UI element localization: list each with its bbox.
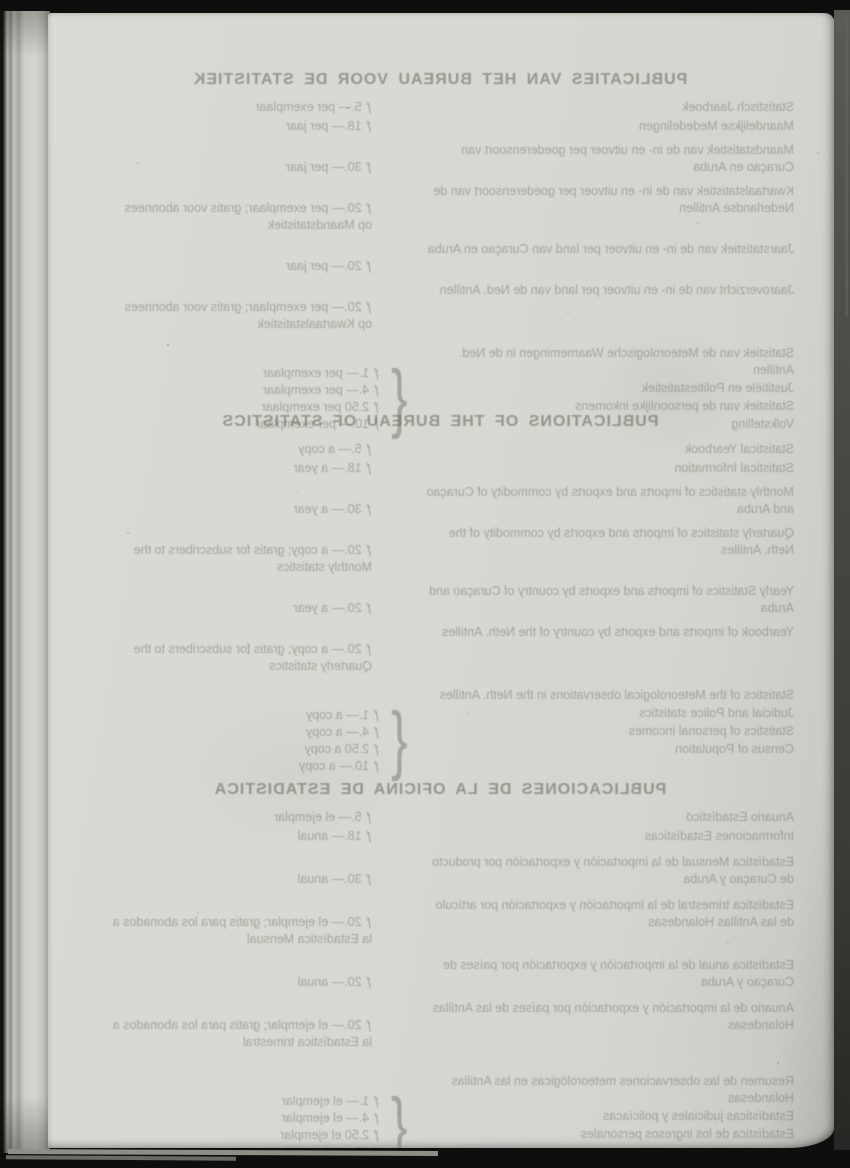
publication-price: ƒ 5.— per exemplaar (110, 99, 372, 116)
publication-price: ƒ 18.— a year (110, 460, 372, 477)
publication-row: Monthly statistics of imports and export… (86, 484, 794, 518)
publication-price: ƒ 4.— a copy (299, 724, 380, 741)
publication-item: Yearly Statistics of imports and exports… (408, 583, 794, 617)
publication-item: Jaaroverzicht van de in- en uitvoer per … (408, 282, 794, 333)
publication-price: ƒ 20.— anual (110, 974, 372, 991)
publication-group-prices: {ƒ 1.— a copyƒ 4.— a copyƒ 2.50 a copyƒ … (299, 705, 412, 775)
publication-price: ƒ 5.— a copy (110, 441, 372, 458)
price-brace-glyph: { (391, 1091, 408, 1148)
publication-row: Maandelijkse Mededelingenƒ 18.— per jaar (86, 118, 794, 135)
publication-item: Census of Population (422, 741, 794, 758)
publication-item: Kwartaalstatistiek van de in- en uitvoer… (408, 183, 794, 234)
publications-section: PUBLICACIONES DE LA OFICINA DE ESTADISTI… (86, 781, 794, 1148)
publication-price: ƒ 20.— a copy; gratis for subscribers to… (110, 542, 372, 576)
publication-group-items: Statistics of the Meteorological observa… (408, 687, 794, 775)
publication-price: ƒ 20.— per exemplaar; gratis voor abonne… (110, 200, 372, 234)
publication-price: ƒ 4.— per exemplaar (256, 382, 380, 399)
publication-row: Anuario Estadísticoƒ 5.— el ejemplar (86, 809, 794, 826)
publication-row: Statistical Informationƒ 18.— a year (86, 460, 794, 477)
publication-price: ƒ 10.— a copy (299, 758, 380, 775)
publication-row: Estadística Mensual de la importación y … (86, 854, 794, 888)
publication-price: ƒ 10.— el ejemplar (275, 1144, 380, 1148)
publication-row: Statistical Yearbookƒ 5.— a copy (86, 441, 794, 458)
publication-group-row: Statistics of the Meteorological observa… (86, 687, 794, 775)
publications-section: PUBLICATIONS OF THE BUREAU OF STATISTICS… (86, 413, 794, 775)
publication-row: Estadística trimestral de la importación… (86, 897, 794, 948)
publication-item: Statistiek van de Meteorologische Waarne… (422, 345, 794, 379)
publication-price: ƒ 30.— a year (110, 501, 372, 518)
publication-row: Kwartaalstatistiek van de in- en uitvoer… (86, 183, 794, 234)
publication-item: Statistics of the Meteorological observa… (422, 687, 794, 704)
publication-group-price-lines: ƒ 1.— el ejemplarƒ 4.— el ejemplarƒ 2.50… (275, 1091, 380, 1148)
publication-price: ƒ 20.— el ejemplar; gratis para los abon… (110, 1017, 372, 1051)
publication-group-row: Resumen de las observaciones meteorológi… (86, 1073, 794, 1148)
publication-row: Maandstatistiek van de in- en uitvoer pe… (86, 142, 794, 176)
publication-row: Yearly Statistics of imports and exports… (86, 583, 794, 617)
publication-item: Statistical Information (408, 460, 794, 477)
publication-item: Estadísticas judiciales y policíacas (422, 1108, 794, 1125)
publication-price: ƒ 18.— anual (110, 828, 372, 845)
publication-item: Monthly statistics of imports and export… (408, 484, 794, 518)
publication-row: Yearbook of imports and exports by count… (86, 624, 794, 675)
scanned-book-page: PUBLICATIES VAN HET BUREAU VOOR DE STATI… (0, 0, 850, 1168)
blank-paper-page: PUBLICATIES VAN HET BUREAU VOOR DE STATI… (48, 13, 834, 1148)
publication-price: ƒ 1.— per exemplaar (256, 365, 380, 382)
section-title: PUBLICATIONS OF THE BUREAU OF STATISTICS (86, 413, 794, 430)
publication-row: Statistisch Jaarboekƒ 5.— per exemplaar (86, 99, 794, 116)
publication-price: ƒ 2.50 a copy (299, 741, 380, 758)
book-gutter-page-edges (0, 11, 50, 1153)
publication-row: Estadística anual de la importación y ex… (86, 957, 794, 991)
publication-price: ƒ 2.50 el ejemplar (275, 1127, 380, 1144)
price-brace-glyph: { (391, 705, 408, 775)
publication-price: ƒ 5.— el ejemplar (110, 809, 372, 826)
publication-row: Informaciones Estadísticasƒ 18.— anual (86, 828, 794, 845)
publication-item: Anuario de la importación y exportación … (408, 1000, 794, 1051)
publication-item: Statistical Yearbook (408, 441, 794, 458)
publication-price: ƒ 30.— per jaar (110, 159, 372, 176)
publication-price: ƒ 4.— el ejemplar (275, 1110, 380, 1127)
publication-item: Jaarstatistiek van de in- en uitvoer per… (408, 241, 794, 275)
publication-group-prices: {ƒ 1.— el ejemplarƒ 4.— el ejemplarƒ 2.5… (275, 1091, 412, 1148)
publication-item: Anuario Estadístico (408, 809, 794, 826)
publication-group-price-lines: ƒ 1.— a copyƒ 4.— a copyƒ 2.50 a copyƒ 1… (299, 705, 380, 775)
bottom-page-edge (6, 1155, 236, 1161)
section-title: PUBLICACIONES DE LA OFICINA DE ESTADISTI… (86, 781, 794, 798)
publication-row: Jaarstatistiek van de in- en uitvoer per… (86, 241, 794, 275)
publication-row: Anuario de la importación y exportación … (86, 1000, 794, 1051)
publication-group-items: Resumen de las observaciones meteorológi… (408, 1073, 794, 1148)
publication-price: ƒ 20.— per jaar (110, 258, 372, 275)
publication-row: Jaaroverzicht van de in- en uitvoer per … (86, 282, 794, 333)
publication-price: ƒ 20.— a year (110, 600, 372, 617)
publication-item: Quarterly statistics of imports and expo… (408, 525, 794, 576)
publication-item: Estadística de los ingresos personales (422, 1126, 794, 1143)
publication-item: Estadística trimestral de la importación… (408, 897, 794, 948)
publication-item: Judicial and Police statistics (422, 705, 794, 722)
showthrough-text: PUBLICATIES VAN HET BUREAU VOOR DE STATI… (48, 13, 834, 1148)
publication-price: ƒ 20.— el ejemplar; gratis para los abon… (110, 914, 372, 948)
publication-price: ƒ 1.— el ejemplar (275, 1093, 380, 1110)
publications-section: PUBLICATIES VAN HET BUREAU VOOR DE STATI… (86, 71, 794, 434)
publication-row: Quarterly statistics of imports and expo… (86, 525, 794, 576)
publication-item: Statistisch Jaarboek (408, 99, 794, 116)
publication-item: Justitiële en Politiestatistiek (422, 380, 794, 397)
publication-item: Yearbook of imports and exports by count… (408, 624, 794, 675)
publication-item: Censo de población (422, 1144, 794, 1148)
publication-price: ƒ 30.— anual (110, 871, 372, 888)
publication-price: ƒ 20.— a copy; gratis for subscribers to… (110, 641, 372, 675)
page-edge-sliver (845, 16, 848, 316)
publication-item: Informaciones Estadísticas (408, 828, 794, 845)
publication-price: ƒ 20.— per exemplaar; gratis voor abonne… (110, 299, 372, 333)
publication-price: ƒ 18.— per jaar (110, 118, 372, 135)
publication-item: Statistics of personal incomes (422, 723, 794, 740)
publication-item: Maandelijkse Mededelingen (408, 118, 794, 135)
publication-item: Resumen de las observaciones meteorológi… (422, 1073, 794, 1107)
publication-item: Estadística Mensual de la importación y … (408, 854, 794, 888)
section-title: PUBLICATIES VAN HET BUREAU VOOR DE STATI… (86, 71, 794, 88)
publication-item: Estadística anual de la importación y ex… (408, 957, 794, 991)
publication-item: Maandstatistiek van de in- en uitvoer pe… (408, 142, 794, 176)
publication-price: ƒ 1.— a copy (299, 707, 380, 724)
